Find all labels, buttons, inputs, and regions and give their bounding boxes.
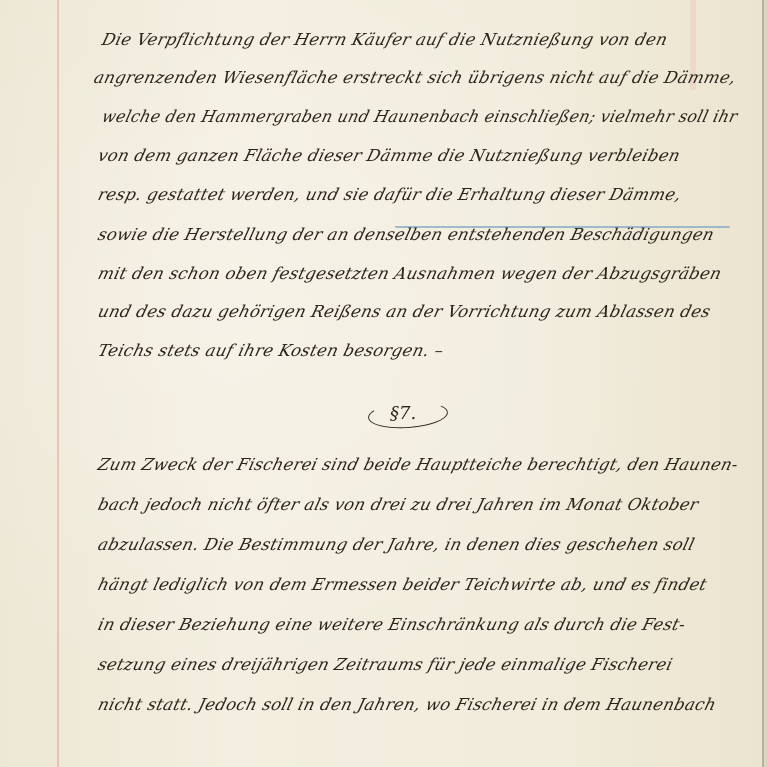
paragraph-1-line-2: angrenzenden Wiesenfläche erstreckt sich… <box>92 68 738 87</box>
top-fragment: – – – <box>92 0 127 4</box>
section-number: §7. <box>390 403 416 424</box>
paragraph-1-line-7: mit den schon oben festgesetzten Ausnahm… <box>96 264 724 283</box>
paragraph-2-line-5: in dieser Beziehung eine weitere Einschr… <box>96 615 688 634</box>
paragraph-2-line-2: bach jedoch nicht öfter als von drei zu … <box>96 495 701 514</box>
paragraph-2-line-4: hängt lediglich von dem Ermessen beider … <box>96 575 709 594</box>
paragraph-2-line-7: nicht statt. Jedoch soll in den Jahren, … <box>96 695 718 714</box>
paragraph-1-line-9: Teichs stets auf ihre Kosten besorgen. – <box>96 341 446 360</box>
paragraph-1-line-5: resp. gestattet werden, und sie dafür di… <box>96 185 683 204</box>
paragraph-1-line-4: von dem ganzen Fläche dieser Dämme die N… <box>96 146 682 165</box>
paragraph-1-line-8: und des dazu gehörigen Reißens an der Vo… <box>96 302 713 321</box>
manuscript-page: – – – Die Verpflichtung der Herrn Käufer… <box>0 0 767 767</box>
paragraph-2-line-3: abzulassen. Die Bestimmung der Jahre, in… <box>96 535 697 554</box>
paragraph-2-line-6: setzung eines dreijährigen Zeitraums für… <box>96 655 675 674</box>
paragraph-1-line-6: sowie die Herstellung der an denselben e… <box>96 225 716 244</box>
section-mark: §7. <box>368 400 448 430</box>
paragraph-1-line-3: welche den Hammergraben und Haunenbach e… <box>100 107 740 126</box>
left-margin-line <box>57 0 59 767</box>
paragraph-2-line-1: Zum Zweck der Fischerei sind beide Haupt… <box>96 455 740 474</box>
paragraph-1-line-1: Die Verpflichtung der Herrn Käufer auf d… <box>100 30 670 49</box>
